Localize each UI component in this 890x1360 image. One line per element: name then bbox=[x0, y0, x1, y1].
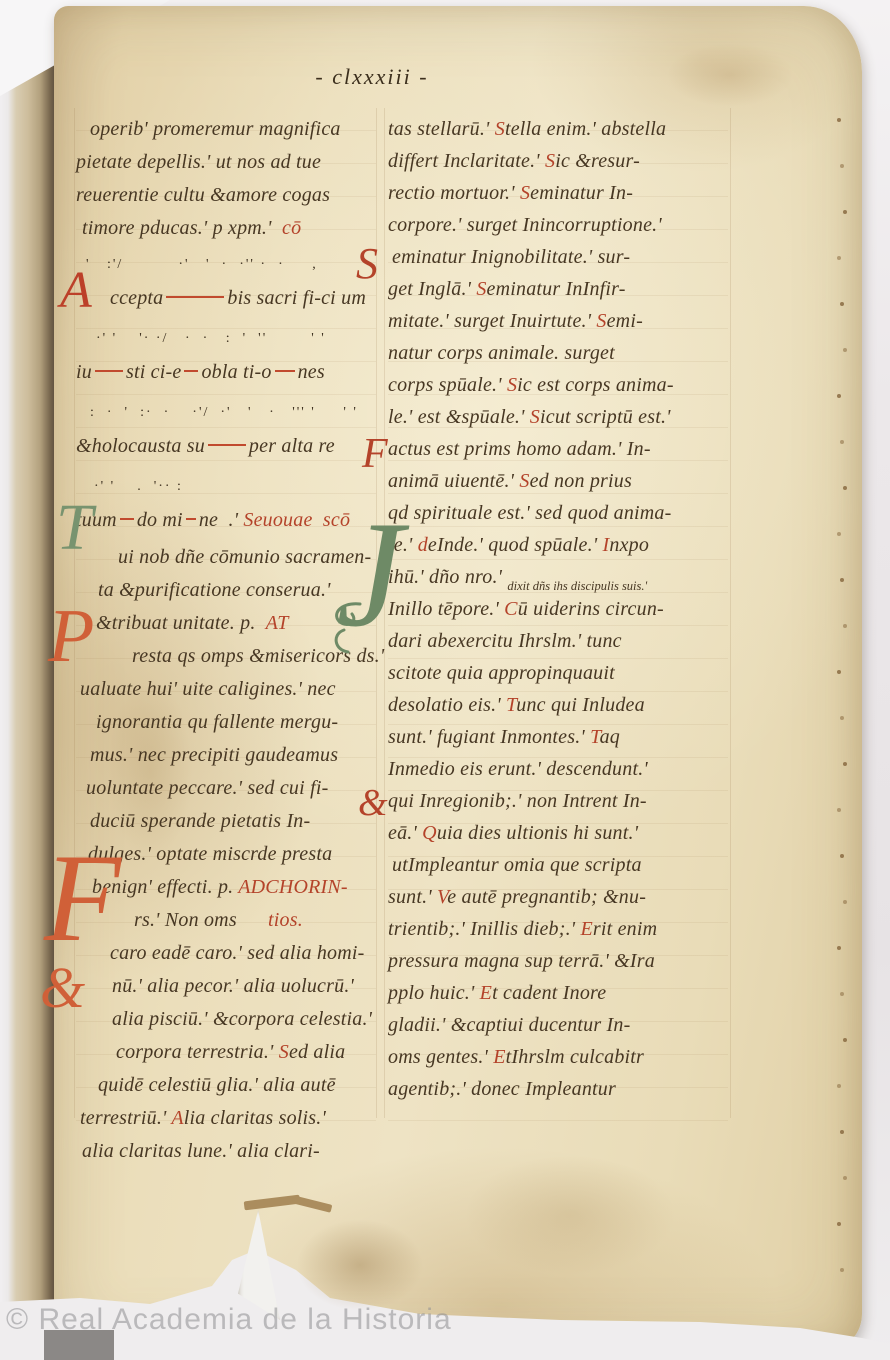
text-segment: timore pducas.' p xpm.' bbox=[82, 217, 282, 239]
text-line: sunt.' fugiant Inmontes.' Taq bbox=[388, 726, 730, 758]
text-segment: ed alia bbox=[289, 1041, 345, 1063]
text-segment: tios. bbox=[237, 909, 303, 931]
text-line: terrestriū.' Alia claritas solis.' bbox=[76, 1107, 378, 1140]
text-segment: nxpo bbox=[609, 534, 649, 556]
text-segment: scitote quia appropinquauit bbox=[388, 662, 615, 684]
text-line: duciū sperande pietatis In- bbox=[76, 810, 378, 843]
pricking-dot bbox=[837, 1084, 841, 1088]
text-segment: nes bbox=[298, 361, 325, 383]
text-line: gladii.' &captiui ducentur In- bbox=[388, 1014, 730, 1046]
text-segment: qui Inregionib;.' non Intrent In- bbox=[388, 790, 647, 812]
text-segment: mus.' nec precipiti gaudeamus bbox=[90, 744, 338, 766]
initial-p-orange: P bbox=[48, 602, 94, 670]
chant-line: cceptabis sacri fi-ci um bbox=[76, 287, 378, 324]
pricking-dot bbox=[843, 486, 847, 490]
text-line: ualuate hui' uite caligines.' nec bbox=[76, 678, 378, 711]
text-segment: .' bbox=[218, 509, 243, 531]
text-segment: tIhrslm culcabitr bbox=[506, 1046, 644, 1068]
pricking-dot bbox=[837, 394, 841, 398]
text-segment: Inillo tēpore.' bbox=[388, 598, 504, 620]
text-line: oms gentes.' EtIhrslm culcabitr bbox=[388, 1046, 730, 1078]
text-segment: duciū sperande pietatis In- bbox=[90, 810, 310, 832]
pricking-dot bbox=[837, 670, 841, 674]
manuscript-photo: - clxxxiii - operib' promeremur magnific… bbox=[0, 0, 890, 1360]
pricking-dot bbox=[840, 716, 844, 720]
text-line: actus est prims homo adam.' In- bbox=[388, 438, 730, 470]
text-segment: sti ci-e bbox=[126, 361, 181, 383]
text-segment: e autē pregnantib; &nu- bbox=[447, 886, 646, 908]
text-segment: lia claritas solis.' bbox=[184, 1107, 326, 1129]
text-segment: pietate depellis.' ut nos ad tue bbox=[76, 151, 321, 173]
text-segment: qd spirituale est.' sed quod anima- bbox=[388, 502, 671, 524]
watermark: © Real Academia de la Historia bbox=[6, 1303, 452, 1337]
text-segment: E bbox=[580, 918, 592, 940]
initial-f-orange: F bbox=[44, 842, 121, 955]
initial-t-green: T bbox=[56, 498, 93, 557]
text-segment: cō bbox=[282, 217, 301, 239]
text-column-right: tas stellarū.' Stella enim.' abstelladif… bbox=[388, 118, 730, 1110]
text-segment: iu bbox=[76, 361, 92, 383]
text-segment: icut scriptū est.' bbox=[540, 406, 671, 428]
neume-line: ·' ' . '·· : bbox=[76, 472, 378, 509]
text-line: animā uiuentē.' Sed non prius bbox=[388, 470, 730, 502]
pricking-dot bbox=[840, 992, 844, 996]
text-segment: E bbox=[493, 1046, 505, 1068]
text-segment: ta &purificatione conserua.' bbox=[98, 579, 331, 601]
text-segment: Q bbox=[422, 822, 437, 844]
pricking-dot bbox=[837, 808, 841, 812]
text-segment: ' :'/ ·' ' · ·'' · · , bbox=[86, 257, 318, 272]
neume-line: ' :'/ ·' ' · ·'' · · , bbox=[76, 250, 378, 287]
text-segment: dulges.' optate miscrde presta bbox=[88, 843, 332, 865]
text-segment: terrestriū.' bbox=[80, 1107, 171, 1129]
text-segment: uoluntate peccare.' sed cui fi- bbox=[86, 777, 328, 799]
chant-line: &holocausta super alta re bbox=[76, 435, 378, 472]
text-line: pressura magna sup terrā.' &Ira bbox=[388, 950, 730, 982]
text-line: reuerentie cultu &amore cogas bbox=[76, 184, 378, 217]
text-segment: E bbox=[480, 982, 492, 1004]
chant-extender bbox=[275, 370, 295, 372]
text-line: natur corps animale. surget bbox=[388, 342, 730, 374]
pricking-dot bbox=[843, 762, 847, 766]
text-line: scitote quia appropinquauit bbox=[388, 662, 730, 694]
text-segment: eminatur InInfir- bbox=[487, 278, 626, 300]
text-segment: ·' ' '· ·/ · · : ' '' ' ' bbox=[96, 331, 326, 346]
text-line: desolatio eis.' Tunc qui Inludea bbox=[388, 694, 730, 726]
text-line: mitate.' surget Inuirtute.' Semi- bbox=[388, 310, 730, 342]
text-segment: gladii.' &captiui ducentur In- bbox=[388, 1014, 630, 1036]
text-segment: pplo huic.' bbox=[388, 982, 480, 1004]
pricking-dot bbox=[837, 946, 841, 950]
text-segment: ic &resur- bbox=[555, 150, 640, 172]
pricking-dot bbox=[840, 1130, 844, 1134]
text-line: Inillo tēpore.' Cū uiderins circun- bbox=[388, 598, 730, 630]
pricking-dot bbox=[837, 118, 841, 122]
initial-flourish-icon bbox=[330, 600, 364, 656]
text-segment: agentib;.' donec Impleantur bbox=[388, 1078, 616, 1100]
pricking-dot bbox=[843, 348, 847, 352]
text-segment: S bbox=[596, 310, 606, 332]
text-line: caro eadē caro.' sed alia homi- bbox=[76, 942, 378, 975]
text-segment: S bbox=[476, 278, 486, 300]
text-line: eā.' Quia dies ultionis hi sunt.' bbox=[388, 822, 730, 854]
initial-et-orange: & bbox=[40, 962, 85, 1014]
pricking-dot bbox=[840, 1268, 844, 1272]
text-segment: C bbox=[504, 598, 518, 620]
text-segment: ed non prius bbox=[530, 470, 632, 492]
text-segment: t cadent Inore bbox=[492, 982, 606, 1004]
text-segment: ignorantia qu fallente mergu- bbox=[96, 711, 338, 733]
text-segment: S bbox=[507, 374, 517, 396]
text-segment: obla ti-o bbox=[201, 361, 271, 383]
text-line: ihū.' dño nro.' dixit dñs ihs discipulis… bbox=[388, 566, 730, 598]
text-segment: get Inglā.' bbox=[388, 278, 476, 300]
pricking-dot bbox=[843, 624, 847, 628]
text-segment: ū uiderins circun- bbox=[518, 598, 664, 620]
text-line: alia claritas lune.' alia clari- bbox=[76, 1140, 378, 1173]
text-line: timore pducas.' p xpm.' cō bbox=[76, 217, 378, 250]
text-segment: d bbox=[418, 534, 428, 556]
text-line: alia pisciū.' &corpora celestia.' bbox=[76, 1008, 378, 1041]
text-segment: uia dies ultionis hi sunt.' bbox=[437, 822, 638, 844]
pricking-dot bbox=[843, 1176, 847, 1180]
text-segment: ccepta bbox=[110, 287, 163, 309]
text-segment: T bbox=[590, 726, 600, 748]
text-segment: Inmedio eis erunt.' descendunt.' bbox=[388, 758, 648, 780]
text-segment: rectio mortuor.' bbox=[388, 182, 520, 204]
initial-a-accepta: A bbox=[60, 268, 92, 315]
text-segment: eā.' bbox=[388, 822, 422, 844]
text-segment: AT bbox=[266, 612, 289, 634]
pricking-dot bbox=[837, 532, 841, 536]
pricking-dot bbox=[840, 164, 844, 168]
pricking-dot bbox=[843, 900, 847, 904]
text-segment: corpore.' surget Inincorruptione.' bbox=[388, 214, 662, 236]
text-line: Inmedio eis erunt.' descendunt.' bbox=[388, 758, 730, 790]
text-segment: do mi bbox=[137, 509, 183, 531]
text-segment: emi- bbox=[607, 310, 643, 332]
text-segment: S bbox=[279, 1041, 289, 1063]
text-line: ui nob dñe cōmunio sacramen- bbox=[76, 546, 378, 579]
neume-line: ·' ' '· ·/ · · : ' '' ' ' bbox=[76, 324, 378, 361]
text-segment: trientib;.' Inillis dieb;.' bbox=[388, 918, 580, 940]
initial-f-red-margin: F bbox=[362, 436, 388, 474]
text-segment: S bbox=[519, 470, 529, 492]
text-line: eminatur Inignobilitate.' sur- bbox=[388, 246, 730, 278]
text-line: tas stellarū.' Stella enim.' abstella bbox=[388, 118, 730, 150]
text-line: sunt.' Ve autē pregnantib; &nu- bbox=[388, 886, 730, 918]
chant-extender bbox=[120, 518, 134, 520]
chant-line: iusti ci-eobla ti-ones bbox=[76, 361, 378, 398]
pricking-dot bbox=[837, 256, 841, 260]
chant-extender bbox=[186, 518, 196, 520]
chant-extender bbox=[166, 296, 224, 298]
text-segment: oms gentes.' bbox=[388, 1046, 493, 1068]
text-line: pplo huic.' Et cadent Inore bbox=[388, 982, 730, 1014]
text-line: le.' deInde.' quod spūale.' Inxpo bbox=[388, 534, 730, 566]
chant-extender bbox=[208, 444, 246, 446]
text-line: trientib;.' Inillis dieb;.' Erit enim bbox=[388, 918, 730, 950]
neume-line: : · ' :· · ·'/ ·' ' · ''' ' ' ' bbox=[76, 398, 378, 435]
text-line: operib' promeremur magnifica bbox=[76, 118, 378, 151]
text-segment: le.' est &spūale.' bbox=[388, 406, 530, 428]
text-segment: utImpleantur omia que scripta bbox=[392, 854, 642, 876]
text-line: ignorantia qu fallente mergu- bbox=[76, 711, 378, 744]
text-line: qd spirituale est.' sed quod anima- bbox=[388, 502, 730, 534]
text-segment: unc qui Inludea bbox=[516, 694, 645, 716]
text-segment: natur corps animale. surget bbox=[388, 342, 615, 364]
text-segment: rit enim bbox=[593, 918, 657, 940]
text-segment: eminatur In- bbox=[530, 182, 633, 204]
text-segment: quidē celestiū glia.' alia autē bbox=[98, 1074, 336, 1096]
text-segment: sunt.' bbox=[388, 886, 437, 908]
text-segment: : · ' :· · ·'/ ·' ' · ''' ' ' ' bbox=[90, 405, 358, 420]
text-segment: alia pisciū.' &corpora celestia.' bbox=[112, 1008, 372, 1030]
text-line: dari abexercitu Ihrslm.' tunc bbox=[388, 630, 730, 662]
text-segment: aq bbox=[600, 726, 620, 748]
text-segment: tella enim.' abstella bbox=[505, 118, 666, 140]
text-segment: bis sacri fi-ci um bbox=[227, 287, 366, 309]
text-segment: desolatio eis.' bbox=[388, 694, 506, 716]
text-line: quidē celestiū glia.' alia autē bbox=[76, 1074, 378, 1107]
text-segment: S bbox=[520, 182, 530, 204]
folio-number: - clxxxiii - bbox=[282, 64, 462, 90]
text-segment: rs.' Non oms bbox=[134, 909, 237, 931]
text-segment: tas stellarū.' bbox=[388, 118, 495, 140]
pricking-dot bbox=[840, 302, 844, 306]
text-segment: ihū.' dño nro.' bbox=[388, 566, 507, 588]
text-segment: sunt.' fugiant Inmontes.' bbox=[388, 726, 590, 748]
chant-extender bbox=[184, 370, 198, 372]
pricking-dot bbox=[840, 440, 844, 444]
text-segment: A bbox=[171, 1107, 183, 1129]
text-line: rs.' Non oms tios. bbox=[76, 909, 378, 942]
text-segment: eInde.' quod spūale.' bbox=[428, 534, 603, 556]
text-line: pietate depellis.' ut nos ad tue bbox=[76, 151, 378, 184]
text-line: qui Inregionib;.' non Intrent In- bbox=[388, 790, 730, 822]
text-segment: ui nob dñe cōmunio sacramen- bbox=[118, 546, 371, 568]
text-segment: eminatur Inignobilitate.' sur- bbox=[392, 246, 630, 268]
text-segment: S bbox=[530, 406, 540, 428]
text-segment: actus est prims homo adam.' In- bbox=[388, 438, 651, 460]
text-line: differt Inclaritate.' Sic &resur- bbox=[388, 150, 730, 182]
text-segment: &tribuat unitate. p. bbox=[96, 612, 266, 634]
text-segment: per alta re bbox=[249, 435, 335, 457]
text-segment: T bbox=[506, 694, 516, 716]
initial-s-red-margin: S bbox=[356, 244, 378, 284]
text-line: mus.' nec precipiti gaudeamus bbox=[76, 744, 378, 777]
text-line: benign' effecti. p. ADCHORIN- bbox=[76, 876, 378, 909]
pricking-dot bbox=[843, 210, 847, 214]
text-segment: ·' ' . '·· : bbox=[94, 479, 183, 494]
text-segment: V bbox=[437, 886, 447, 908]
pricking-dot bbox=[840, 578, 844, 582]
text-line: agentib;.' donec Impleantur bbox=[388, 1078, 730, 1110]
text-segment: ADCHORIN- bbox=[238, 876, 348, 898]
text-segment: ne bbox=[199, 509, 218, 531]
text-line: utImpleantur omia que scripta bbox=[388, 854, 730, 886]
text-segment: caro eadē caro.' sed alia homi- bbox=[110, 942, 365, 964]
text-segment: ualuate hui' uite caligines.' nec bbox=[80, 678, 336, 700]
text-segment: dixit dñs ihs discipulis suis.' bbox=[507, 579, 647, 593]
text-segment: S bbox=[495, 118, 505, 140]
text-segment: reuerentie cultu &amore cogas bbox=[76, 184, 330, 206]
chant-extender bbox=[95, 370, 123, 372]
text-segment: differt Inclaritate.' bbox=[388, 150, 545, 172]
text-segment: corpora terrestria.' bbox=[116, 1041, 279, 1063]
text-line: rectio mortuor.' Seminatur In- bbox=[388, 182, 730, 214]
text-segment: nū.' alia pecor.' alia uolucrū.' bbox=[112, 975, 354, 997]
text-segment: Seuouae bbox=[243, 509, 312, 531]
text-segment: &holocausta su bbox=[76, 435, 205, 457]
chant-line: tuumdo mine .' Seuouae scō bbox=[76, 509, 378, 546]
pricking-dot bbox=[837, 1222, 841, 1226]
text-line: le.' est &spūale.' Sicut scriptū est.' bbox=[388, 406, 730, 438]
text-segment: operib' promeremur magnifica bbox=[90, 118, 341, 140]
text-line: dulges.' optate miscrde presta bbox=[76, 843, 378, 876]
ruling-vertical-line bbox=[730, 108, 731, 1118]
pricking-dot bbox=[840, 854, 844, 858]
text-segment: corps spūale.' bbox=[388, 374, 507, 396]
text-line: corpore.' surget Inincorruptione.' bbox=[388, 214, 730, 246]
text-line: corps spūale.' Sic est corps anima- bbox=[388, 374, 730, 406]
text-line: nū.' alia pecor.' alia uolucrū.' bbox=[76, 975, 378, 1008]
initial-et-red-margin: & bbox=[358, 786, 388, 820]
text-segment: animā uiuentē.' bbox=[388, 470, 519, 492]
text-segment: ic est corps anima- bbox=[517, 374, 674, 396]
text-segment: mitate.' surget Inuirtute.' bbox=[388, 310, 596, 332]
text-segment: dari abexercitu Ihrslm.' tunc bbox=[388, 630, 622, 652]
text-segment: alia claritas lune.' alia clari- bbox=[82, 1140, 320, 1162]
text-segment: S bbox=[545, 150, 555, 172]
text-segment: pressura magna sup terrā.' &Ira bbox=[388, 950, 655, 972]
text-line: corpora terrestria.' Sed alia bbox=[76, 1041, 378, 1074]
text-line: uoluntate peccare.' sed cui fi- bbox=[76, 777, 378, 810]
text-line: get Inglā.' Seminatur InInfir- bbox=[388, 278, 730, 310]
pricking-dot bbox=[843, 1038, 847, 1042]
